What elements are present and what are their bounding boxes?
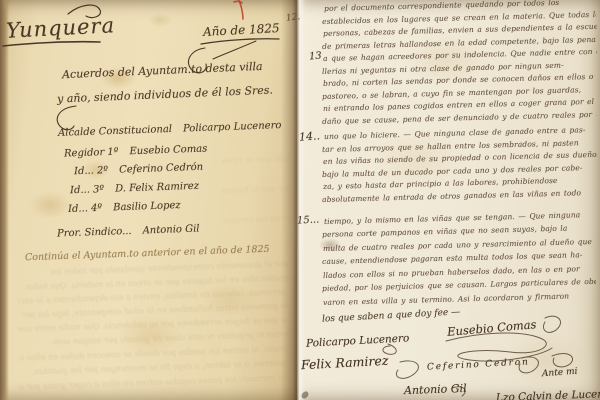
page-number: 12. — [286, 12, 301, 23]
manuscript-photo: Yunquera Año de 1825 Acuerdos del Ayunta… — [0, 0, 600, 400]
paragraph-number-14: 14.. — [299, 129, 321, 143]
paragraph-number-13: 13 — [309, 51, 322, 63]
signature-antonio-gil: Antonio Gil — [404, 382, 467, 397]
official-name: Basilio Lopez — [113, 200, 181, 213]
official-role: Id... 3º — [70, 184, 105, 196]
paragraph-number-15: 15... — [297, 214, 320, 226]
book-edge — [0, 0, 9, 400]
official-role: Id... 2º — [74, 165, 109, 177]
official-role: Regidor 1º — [64, 147, 119, 160]
official-role: Id... 4º — [68, 203, 103, 215]
official-name: Antonio Gil — [142, 224, 199, 237]
